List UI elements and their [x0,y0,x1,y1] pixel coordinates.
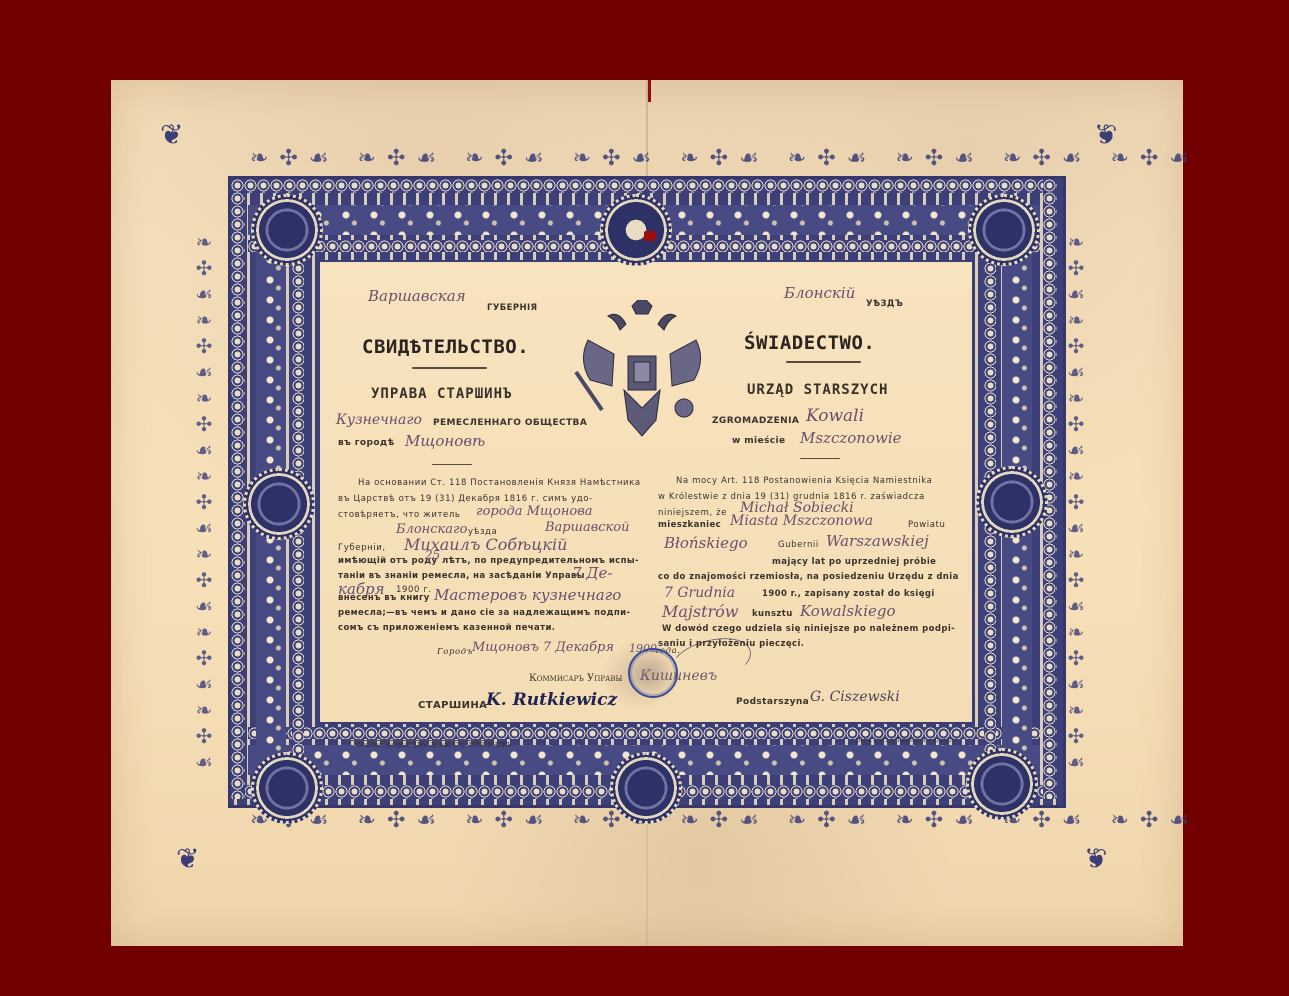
frame-band-top [231,179,1057,193]
frame-band-left [231,179,245,799]
pl-assembly-handwritten: Kowali [806,406,864,426]
ru-age-prefix: имѣющій отъ роду [338,556,438,566]
pl-age-line: mający lat po uprzedniej próbie [772,557,936,567]
pl-book-handwritten: Majstrów [662,602,739,621]
pl-body-line-1: Na mocy Art. 118 Postanowienia Księcia N… [676,476,932,486]
bottom-crest-row: ❧ ✣ ☙ ❧ ✣ ☙ ❧ ✣ ☙ ❧ ✣ ☙ ❧ ✣ ☙ ❧ ✣ ☙ ❧ ✣ … [250,808,1191,833]
ru-province-handwritten: Варшавская [368,287,466,305]
ru-body-line-1: На основании Ст. 118 Постановленія Князя… [358,478,641,488]
ru-place-handwritten: Мщоновъ 7 Декабря [472,640,614,655]
red-seal-fragment [644,231,656,241]
pl-year-line: 1900 r., zapisany został do księgi [762,589,935,599]
medallion-bottom-center [610,752,682,824]
ru-commissioner-label: Коммисаръ Управы [529,673,622,684]
ru-printer-note: Печатать разрѣш. Цех. Земск. Стр. МОРГУН… [355,742,511,749]
pl-closing-line-1: W dowód czego udziela się niniejsze po n… [662,624,955,634]
ru-title-flourish [412,367,487,369]
right-vine-ornament: ❧✣☙❧✣☙❧✣☙❧✣☙❧✣☙❧✣☙❧✣☙ [1064,230,1088,776]
ru-city-handwritten: Мщоновѣ [405,432,485,450]
ru-title: СВИДѢТЕЛЬСТВО. [362,336,529,358]
pl-deputy-label: Podstarszyna [736,697,809,707]
red-mark [648,80,651,102]
medallion-left-middle [243,468,315,540]
pl-board: URZĄD STARSZYCH [747,382,888,398]
pl-title-flourish [786,361,861,363]
double-headed-eagle-emblem [568,300,716,440]
pl-district-label: Powiatu [908,520,945,530]
left-vine-ornament: ❧✣☙❧✣☙❧✣☙❧✣☙❧✣☙❧✣☙❧✣☙ [192,230,216,776]
pl-assembly-label: ZGROMADZENIA [712,416,799,426]
bottom-scroll-ornament: ❦ [1082,842,1107,875]
medallion-bottom-right [966,748,1038,820]
pl-deputy-signature: G. Ciszewski [810,689,900,705]
ru-divider [432,464,472,465]
top-crest-row: ❧ ✣ ☙ ❧ ✣ ☙ ❧ ✣ ☙ ❧ ✣ ☙ ❧ ✣ ☙ ❧ ✣ ☙ ❧ ✣ … [250,146,1191,171]
ru-board: УПРАВА СТАРШИНЪ [371,386,512,402]
ru-body-line-2: въ Царствѣ отъ 19 (31) Декабря 1816 г. с… [338,494,593,504]
bottom-scroll-ornament: ❦ [176,842,201,875]
ru-closing-line-2: сомъ съ приложеніемъ казенной печати. [338,623,555,633]
ru-elder-label: СТАРШИНА [418,700,487,711]
ru-place-label: Городъ [437,647,473,657]
pl-city-label: w mieście [732,436,786,446]
ru-province-label: ГУБЕРНІЯ [487,303,538,313]
pl-county-handwritten: Блонскій [784,284,855,302]
ru-resident-handwritten: города Мщонова [476,504,593,519]
medallion-bottom-left [251,752,323,824]
ru-body-line-3: стовѣряетъ, что житель [338,510,461,520]
top-scroll-ornament: ❦ [160,118,185,151]
ru-age-handwritten: 25 [425,548,440,562]
ru-book-handwritten: Мастеровъ кузнечнаго [434,586,621,604]
ru-date-handwritten-1: 7 Де- [572,564,612,582]
pl-city-handwritten: Mszczonowie [800,429,902,447]
ru-printer-line [346,740,491,741]
pl-district-handwritten: Błońskiego [664,534,748,552]
pl-resident-handwritten: Miasta Mszczonowa [730,513,873,529]
ru-closing-line-1: ремесла;—въ чемъ и дано сіе за надлежащи… [338,608,630,618]
medallion-top-left [251,194,323,266]
pl-body-line-3: niniejszem, że [658,508,727,518]
pl-craft-label: kunsztu [752,609,793,619]
ru-elder-signature: K. Rutkiewicz [486,690,617,710]
pl-governorate-handwritten: Warszawskiej [826,532,929,550]
medallion-top-center [600,194,672,266]
pl-title: ŚWIADECTWO. [744,332,875,354]
medallion-right-middle [976,466,1048,538]
pl-printer-note: DRUK & LIT. A. HERMANA w KALISZU [856,738,957,744]
ru-city-label: въ городѣ [338,438,395,448]
ru-governorate-label: Губерніи, [338,543,386,553]
pl-exam-line: co do znajomości rzemiosła, na posiedzen… [658,572,959,582]
ru-guild-handwritten: Кузнечнаго [336,412,422,428]
pl-date-handwritten: 7 Grudnia [664,585,735,601]
ru-entered-label: внесенъ въ книгу [338,593,430,603]
pl-closing-line-2: saniu i przyłożeniu pieczęci. [658,639,804,649]
pl-resident-label: mieszkaniec [658,520,721,530]
pl-county-label: УѢЗДЪ [866,299,903,309]
ru-province2-handwritten: Варшавской [545,520,630,535]
pl-craft-handwritten: Kowalskiego [800,602,896,620]
pl-divider [800,458,840,459]
medallion-top-right [968,194,1040,266]
ru-guild-label: РЕМЕСЛЕННАГО ОБЩЕСТВА [433,418,587,428]
pl-governorate-label: Gubernii [778,540,819,550]
